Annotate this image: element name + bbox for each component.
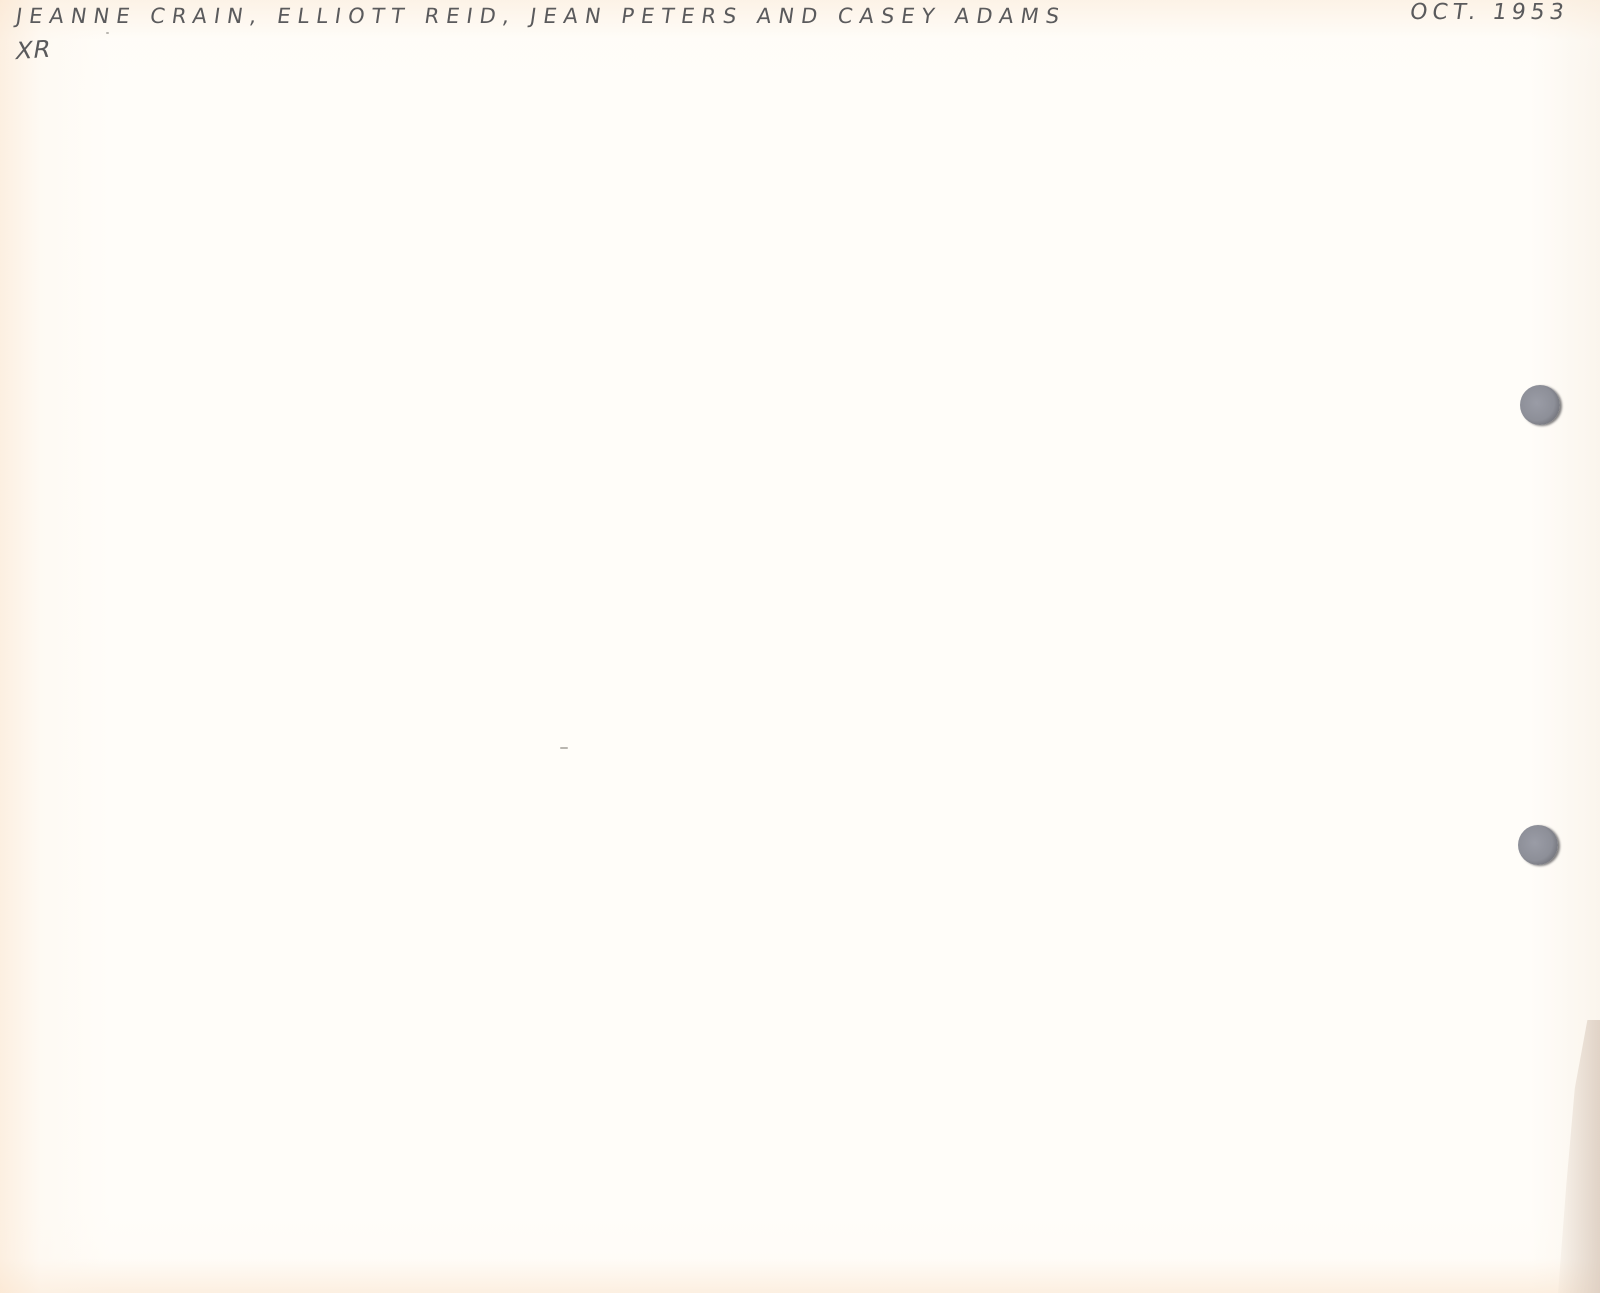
- punch-hole-bottom: [1518, 825, 1558, 865]
- paper-speck: [560, 747, 568, 749]
- punch-hole-top: [1520, 385, 1560, 425]
- torn-edge: [1558, 1020, 1600, 1293]
- paper-speck: [106, 32, 109, 34]
- handwritten-date: Oct. 1953: [1408, 0, 1570, 25]
- photo-back-page: Jeanne Crain, Elliott Reid, Jean Peters …: [0, 0, 1600, 1293]
- handwritten-caption: Jeanne Crain, Elliott Reid, Jean Peters …: [14, 4, 1067, 28]
- handwritten-code: XR: [13, 35, 54, 65]
